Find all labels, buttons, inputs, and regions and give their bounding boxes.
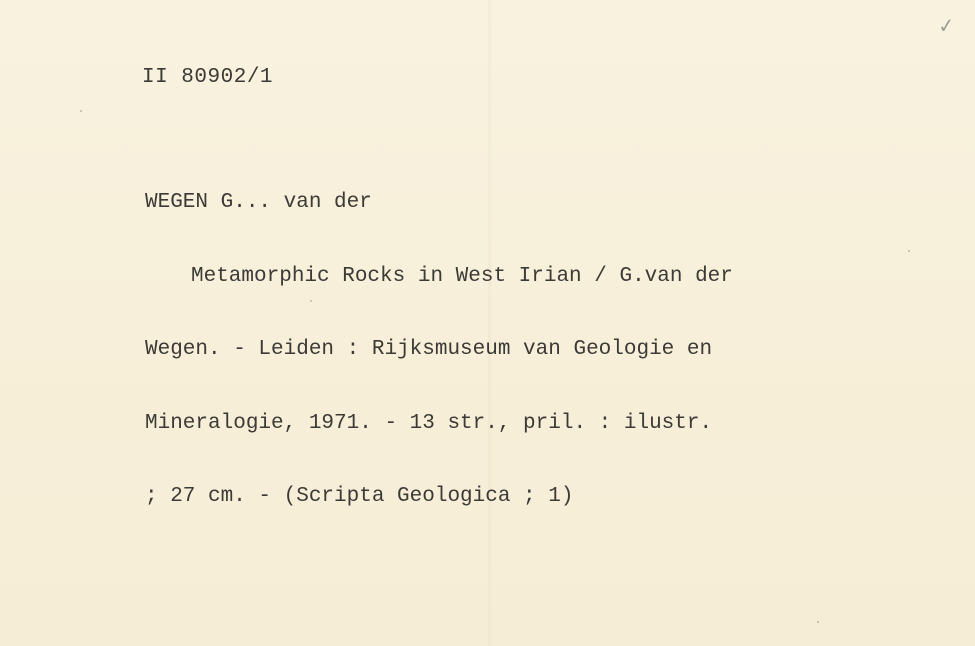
- paper-speck: [80, 110, 82, 112]
- series-line: ; 27 cm. - (Scripta Geologica ; 1): [145, 485, 733, 510]
- paper-speck: [310, 300, 312, 302]
- catalog-card: II 80902/1 WEGEN G... van der Metamorphi…: [0, 0, 975, 646]
- paper-speck: [908, 250, 910, 252]
- title-line: Metamorphic Rocks in West Irian / G.van …: [145, 265, 733, 290]
- bibliographic-entry: WEGEN G... van der Metamorphic Rocks in …: [145, 142, 733, 559]
- publication-line: Wegen. - Leiden : Rijksmuseum van Geolog…: [145, 338, 733, 363]
- paper-speck: [817, 621, 819, 623]
- call-number: II 80902/1: [142, 66, 273, 89]
- publisher-extent-line: Mineralogie, 1971. - 13 str., pril. : il…: [145, 412, 733, 437]
- author-heading: WEGEN G... van der: [145, 191, 733, 216]
- check-mark-icon: ✓: [937, 13, 965, 38]
